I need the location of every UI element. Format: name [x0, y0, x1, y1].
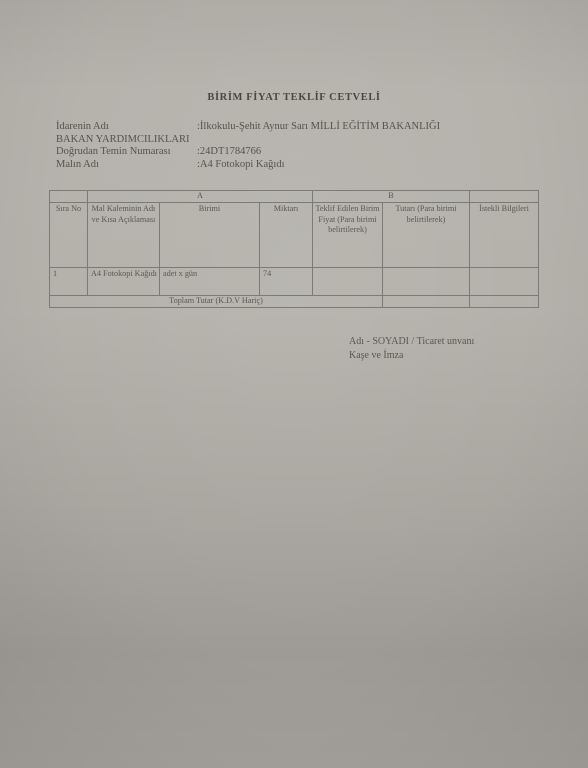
group-b: B [313, 191, 470, 203]
header-bidder-info: İstekli Bilgileri [470, 202, 539, 267]
cell-item: A4 Fotokopi Kağıdı [88, 267, 160, 295]
header-sira-no: Sıra No [50, 202, 88, 267]
meta-label: Doğrudan Temin Numarası [56, 146, 171, 159]
table-row: 1 A4 Fotokopi Kağıdı adet x gün 74 [50, 267, 539, 295]
meta-label: Malın Adı [56, 159, 99, 172]
total-label: Toplam Tutar (K.D.V Hariç) [50, 295, 383, 307]
total-row: Toplam Tutar (K.D.V Hariç) [50, 295, 539, 307]
paper-shading [0, 0, 588, 768]
cell-qty: 74 [260, 267, 313, 295]
meta-institution-cont: BAKAN YARDIMCILIKLARI [56, 134, 189, 147]
signature-name-line: Adı - SOYADI / Ticaret unvanı [349, 335, 474, 349]
meta-label: BAKAN YARDIMCILIKLARI [56, 134, 189, 145]
meta-value: :24DT1784766 [197, 146, 261, 159]
document-meta: İdarenin Adı :İlkokulu-Şehit Aynur Sarı … [56, 121, 189, 171]
group-a: A [88, 191, 313, 203]
cell-no: 1 [50, 267, 88, 295]
header-item-name: Mal Kaleminin Adı ve Kısa Açıklaması [88, 202, 160, 267]
total-extra [470, 295, 539, 307]
column-header-row: Sıra No Mal Kaleminin Adı ve Kısa Açıkla… [50, 202, 539, 267]
cell-unit: adet x gün [160, 267, 260, 295]
total-value [383, 295, 470, 307]
meta-institution: İdarenin Adı :İlkokulu-Şehit Aynur Sarı … [56, 121, 189, 134]
signature-block: Adı - SOYADI / Ticaret unvanı Kaşe ve İm… [349, 335, 474, 363]
cell-unit-price [313, 267, 383, 295]
price-offer-table: A B Sıra No Mal Kaleminin Adı ve Kısa Aç… [49, 190, 539, 308]
meta-value: :İlkokulu-Şehit Aynur Sarı MİLLİ EĞİTİM … [197, 121, 440, 134]
header-unit: Birimi [160, 202, 260, 267]
group-header-row: A B [50, 191, 539, 203]
header-amount: Tutarı (Para birimi belirtilerek) [383, 202, 470, 267]
header-quantity: Miktarı [260, 202, 313, 267]
meta-label: İdarenin Adı [56, 121, 109, 134]
cell-amount [383, 267, 470, 295]
signature-stamp-line: Kaşe ve İmza [349, 349, 474, 363]
document-title: BİRİM FİYAT TEKLİF CETVELİ [0, 92, 588, 103]
header-unit-price: Teklif Edilen Birim Fiyat (Para birimi b… [313, 202, 383, 267]
meta-procurement-number: Doğrudan Temin Numarası :24DT1784766 [56, 146, 189, 159]
meta-value: :A4 Fotokopi Kağıdı [197, 159, 285, 172]
cell-bidder [470, 267, 539, 295]
meta-goods-name: Malın Adı :A4 Fotokopi Kağıdı [56, 159, 189, 172]
